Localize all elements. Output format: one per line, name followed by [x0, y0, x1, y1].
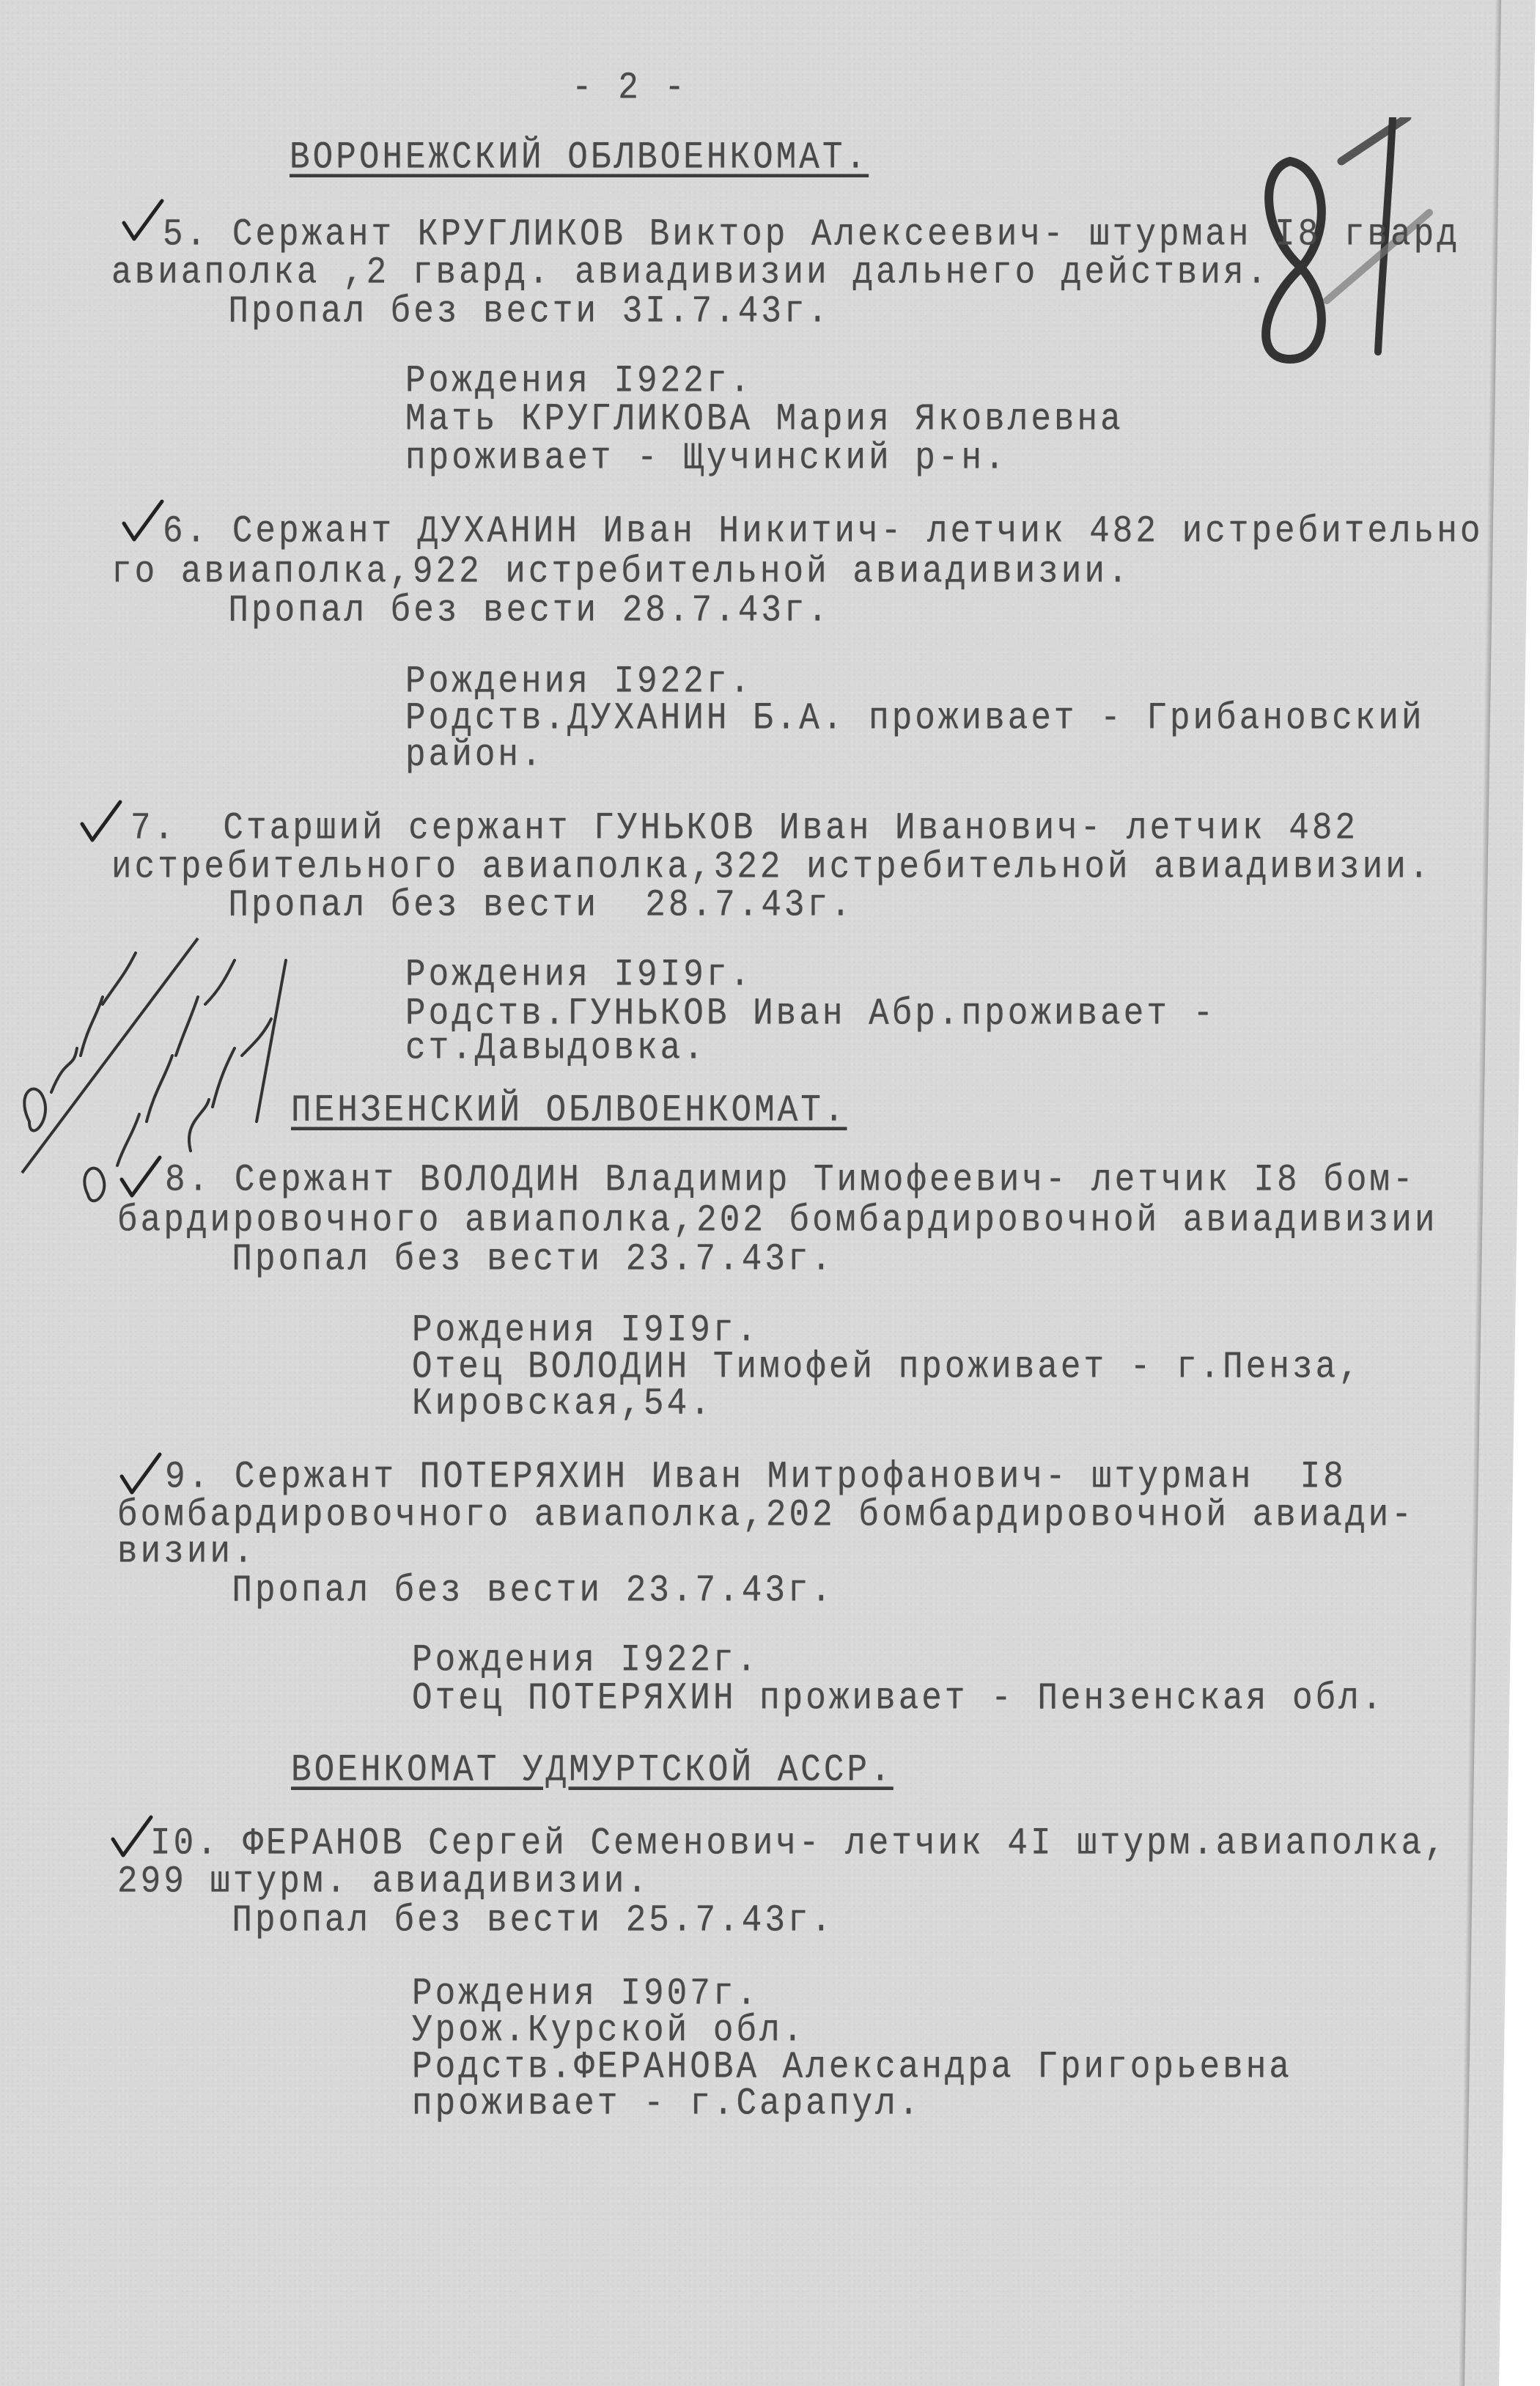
entry-detail: ст.Давыдовка. — [405, 1028, 707, 1069]
entry-line: Пропал без вести 28.7.43г. — [136, 885, 854, 926]
entry-detail: район. — [405, 734, 545, 776]
entry-detail: Отец ПОТЕРЯХИН проживает - Пензенская об… — [412, 1678, 1385, 1719]
entry-line: 6. Сержант ДУХАНИН Иван Никитич- летчик … — [163, 511, 1483, 552]
entry-line: визии. — [117, 1531, 257, 1572]
checkmark-icon — [110, 1814, 154, 1858]
checkmark-icon — [121, 198, 165, 242]
entry-line: Пропал без вести 25.7.43г. — [139, 1900, 834, 1941]
entry-line: Пропал без вести 28.7.43г. — [136, 590, 830, 631]
section-heading-voronezh: ВОРОНЕЖСКИЙ ОБЛВОЕНКОМАТ. — [290, 137, 869, 178]
entry-detail: Кировская,54. — [412, 1383, 713, 1424]
entry-line: 5. Сержант КРУГЛИКОВ Виктор Алексеевич- … — [163, 214, 1460, 255]
entry-line: бомбардировочного авиаполка,202 бомбарди… — [117, 1495, 1415, 1536]
entry-line: Пропал без вести 23.7.43г. — [139, 1570, 834, 1611]
entry-line: истребительного авиаполка,322 истребител… — [111, 847, 1432, 888]
section-heading-penza: ПЕНЗЕНСКИЙ ОБЛВОЕНКОМАТ. — [291, 1090, 847, 1131]
checkmark-icon — [119, 1451, 163, 1495]
checkmark-icon — [79, 799, 123, 843]
entry-line: 9. Сержант ПОТЕРЯХИН Иван Митрофанович- … — [165, 1457, 1346, 1498]
checkmark-icon — [119, 1155, 163, 1198]
checkmark-icon — [121, 498, 165, 542]
entry-line: I0. ФЕРАНОВ Сергей Семенович- летчик 4I … — [150, 1823, 1448, 1864]
entry-detail: Рождения I922г. — [405, 361, 753, 402]
entry-line: авиаполка ,2 гвард. авиадивизии дальнего… — [111, 252, 1270, 293]
entry-line: Пропал без вести 23.7.43г. — [139, 1239, 834, 1280]
entry-detail: Рождения I922г. — [405, 661, 753, 702]
entry-detail: Рождения I922г. — [412, 1640, 759, 1681]
entry-detail: Отец ВОЛОДИН Тимофей проживает - г.Пенза… — [412, 1347, 1362, 1388]
entry-detail: Родств.ФЕРАНОВА Александра Григорьевна — [412, 2047, 1292, 2088]
entry-detail: Родств.ДУХАНИН Б.А. проживает - Грибанов… — [405, 698, 1425, 739]
entry-detail: проживает - г.Сарапул. — [412, 2083, 921, 2124]
entry-detail: Рождения I9I9г. — [405, 954, 753, 995]
entry-detail: Урож.Курской обл. — [412, 2010, 806, 2051]
entry-detail: Рождения I907г. — [412, 1973, 759, 2014]
entry-detail: проживает - Щучинский р-н. — [405, 438, 1008, 479]
page-number: - 2 - — [572, 67, 688, 108]
section-heading-udmurt: ВОЕНКОМАТ УДМУРТСКОЙ АССР. — [291, 1750, 894, 1791]
entry-line: го авиаполка,922 истребительной авиадиви… — [111, 551, 1131, 592]
entry-line: 299 штурм. авиадивизии. — [117, 1861, 650, 1902]
entry-line: бардировочного авиаполка,202 бомбардиров… — [117, 1200, 1437, 1241]
entry-detail: Мать КРУГЛИКОВА Мария Яковлевна — [405, 399, 1124, 440]
entry-detail: Рождения I9I9г. — [412, 1310, 759, 1351]
entry-line: 7. Старший сержант ГУНЬКОВ Иван Иванович… — [130, 808, 1358, 849]
entry-line: Пропал без вести 3I.7.43г. — [136, 291, 830, 332]
entry-line: 8. Сержант ВОЛОДИН Владимир Тимофеевич- … — [165, 1160, 1416, 1201]
